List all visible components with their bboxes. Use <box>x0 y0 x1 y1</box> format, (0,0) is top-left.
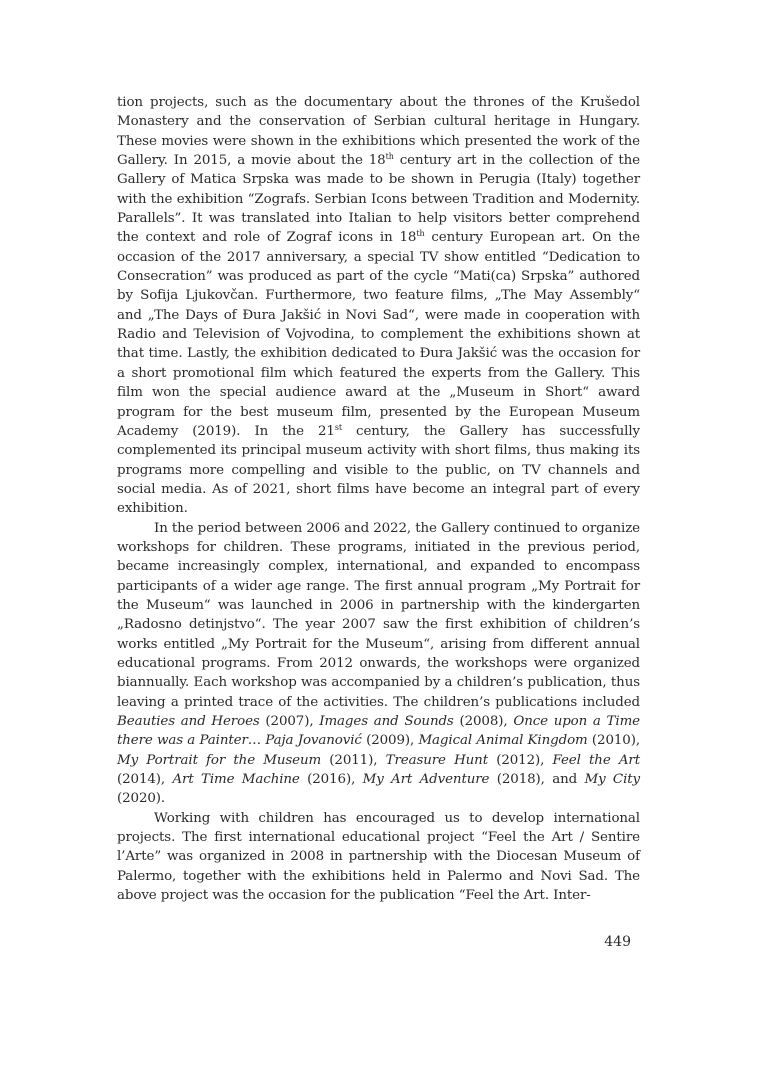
publication-title: My Portrait for the Museum <box>117 753 321 768</box>
publication-title: Art Time Machine <box>172 772 299 787</box>
superscript: st <box>335 423 342 432</box>
publication-title: My Art Adventure <box>363 772 490 787</box>
publication-title: My City <box>584 772 640 787</box>
page-number: 449 <box>560 934 631 950</box>
publication-title: Treasure Hunt <box>386 753 488 768</box>
publication-title: Images and Sounds <box>319 714 453 729</box>
document-body: tion projects, such as the documentary a… <box>117 93 640 905</box>
publication-title: Beauties and Heroes <box>117 714 260 729</box>
publication-title: Feel the Art <box>553 753 641 768</box>
publication-title: Magical Animal Kingdom <box>418 733 587 748</box>
superscript: th <box>386 152 394 161</box>
paragraph-1: tion projects, such as the documentary a… <box>117 93 640 519</box>
paragraph-2: In the period between 2006 and 2022, the… <box>117 519 640 809</box>
superscript: th <box>416 229 424 238</box>
paragraph-3: Working with children has encouraged us … <box>117 809 640 906</box>
